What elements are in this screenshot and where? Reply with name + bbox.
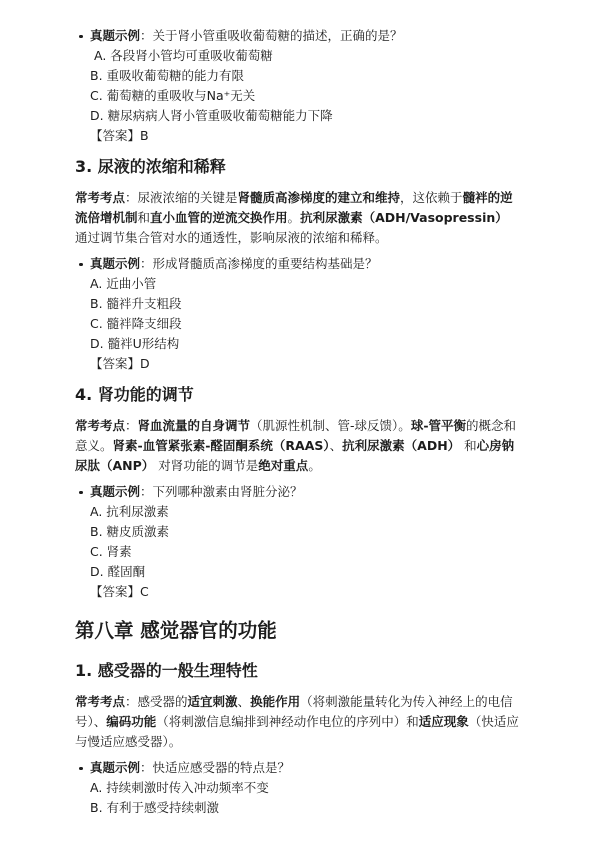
key-points-paragraph-1: 常考考点：尿液浓缩的关键是肾髓质高渗梯度的建立和维持，这依赖于髓袢的逆流倍增机制… — [75, 188, 521, 248]
question-prompt: 真题示例：关于肾小管重吸收葡萄糖的描述，正确的是？ — [90, 26, 521, 46]
answer-line: 【答案】C — [90, 582, 521, 602]
heading-section-3: 3. 尿液的浓缩和稀释 — [75, 156, 521, 178]
exam-question-3: 真题示例：下列哪种激素由肾脏分泌？ A. 抗利尿激素 B. 糖皮质激素 C. 肾… — [75, 482, 521, 602]
option-d: D. 髓袢U形结构 — [90, 334, 521, 354]
option-b: B. 重吸收葡萄糖的能力有限 — [90, 66, 521, 86]
heading-section-1: 1. 感受器的一般生理特性 — [75, 660, 521, 682]
bullet-icon — [79, 491, 83, 495]
option-b: B. 有利于感受持续刺激 — [90, 798, 521, 818]
option-d: D. 醛固酮 — [90, 562, 521, 582]
exam-question-2: 真题示例：形成肾髓质高渗梯度的重要结构基础是？ A. 近曲小管 B. 髓袢升支粗… — [75, 254, 521, 374]
option-a: A. 抗利尿激素 — [90, 502, 521, 522]
option-c: C. 葡萄糖的重吸收与Na⁺无关 — [90, 86, 521, 106]
exam-question-1: 真题示例：关于肾小管重吸收葡萄糖的描述，正确的是？ A. 各段肾小管均可重吸收葡… — [75, 26, 521, 146]
option-a: A. 各段肾小管均可重吸收葡萄糖 — [90, 46, 521, 66]
question-prompt: 真题示例：快适应感受器的特点是？ — [90, 758, 521, 778]
bullet-icon — [79, 767, 83, 771]
bullet-icon — [79, 263, 83, 267]
answer-line: 【答案】D — [90, 354, 521, 374]
answer-line: 【答案】B — [90, 126, 521, 146]
question-prompt: 真题示例：下列哪种激素由肾脏分泌？ — [90, 482, 521, 502]
option-a: A. 近曲小管 — [90, 274, 521, 294]
option-c: C. 肾素 — [90, 542, 521, 562]
exam-question-4: 真题示例：快适应感受器的特点是？ A. 持续刺激时传入冲动频率不变 B. 有利于… — [75, 758, 521, 818]
heading-chapter-8: 第八章 感觉器官的功能 — [75, 618, 521, 644]
option-a: A. 持续刺激时传入冲动频率不变 — [90, 778, 521, 798]
key-points-paragraph-2: 常考考点：肾血流量的自身调节（肌源性机制、管-球反馈）。球-管平衡的概念和意义。… — [75, 416, 521, 476]
option-d: D. 糖尿病病人肾小管重吸收葡萄糖能力下降 — [90, 106, 521, 126]
document-page: 真题示例：关于肾小管重吸收葡萄糖的描述，正确的是？ A. 各段肾小管均可重吸收葡… — [0, 0, 596, 842]
option-b: B. 髓袢升支粗段 — [90, 294, 521, 314]
question-prompt: 真题示例：形成肾髓质高渗梯度的重要结构基础是？ — [90, 254, 521, 274]
key-points-paragraph-3: 常考考点：感受器的适宜刺激、换能作用（将刺激能量转化为传入神经上的电信号）、编码… — [75, 692, 521, 752]
option-b: B. 糖皮质激素 — [90, 522, 521, 542]
heading-section-4: 4. 肾功能的调节 — [75, 384, 521, 406]
bullet-icon — [79, 35, 83, 39]
option-c: C. 髓袢降支细段 — [90, 314, 521, 334]
